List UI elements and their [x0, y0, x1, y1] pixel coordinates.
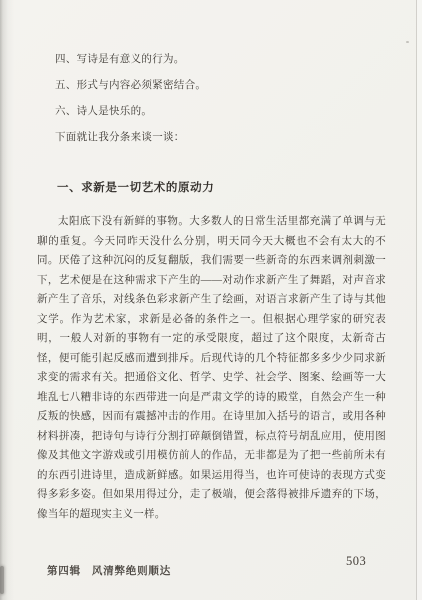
list-item-5: 五、形式与内容必须紧密结合。 [37, 73, 386, 99]
scan-smudge-bottom-left [0, 566, 4, 594]
scan-strip-right [417, 0, 422, 600]
footer-running-title: 风清弊绝则顺达 [92, 566, 171, 577]
footer-section-label: 第四辑 [47, 566, 81, 577]
book-page: 四、写诗是有意义的行为。 五、形式与内容必须紧密结合。 六、诗人是快乐的。 下面… [0, 0, 422, 600]
list-item-6: 六、诗人是快乐的。 [37, 99, 386, 125]
page-number: 503 [346, 554, 366, 569]
list-item-4: 四、写诗是有意义的行为。 [37, 47, 386, 73]
running-footer: 第四辑风清弊绝则顺达 [47, 563, 171, 578]
page-edge-line [416, 0, 417, 600]
section-heading: 一、求新是一切艺术的原动力 [57, 179, 214, 195]
scan-speck [406, 41, 409, 43]
scan-shadow-left [0, 0, 14, 600]
body-paragraph: 太阳底下没有新鲜的事物。大多数人的日常生活里都充满了单调与无聊的重复。今天同昨天… [37, 212, 386, 524]
numbered-list: 四、写诗是有意义的行为。 五、形式与内容必须紧密结合。 六、诗人是快乐的。 下面… [37, 47, 386, 151]
intro-line: 下面就让我分条来谈一谈： [37, 125, 386, 151]
